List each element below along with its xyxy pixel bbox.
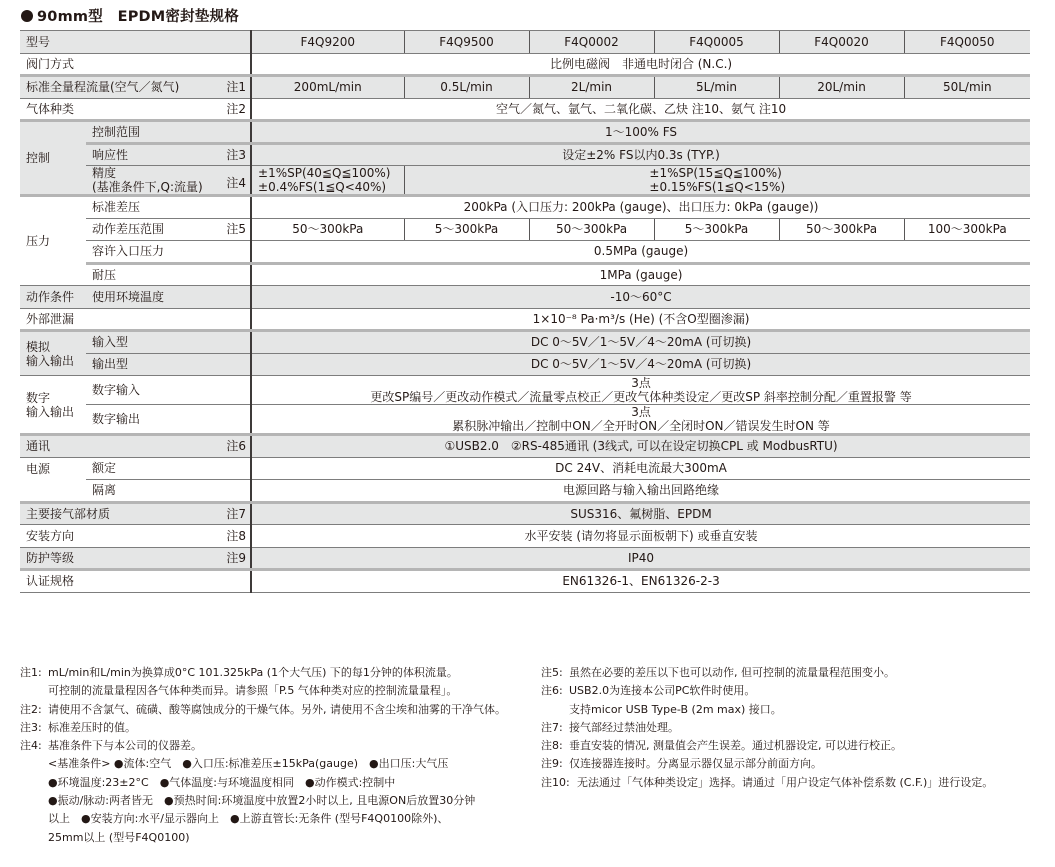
- note-10: 注10:无法通过「气体种类设定」选择。请通过「用户设定气体补偿系数 (C.F.)…: [541, 774, 1051, 792]
- value-valve: 比例电磁阀 非通电时闭合 (N.C.): [251, 53, 1030, 76]
- accuracy-line: ±0.15%FS(1≦Q<15%): [649, 180, 785, 194]
- value-leak: 1×10⁻⁸ Pa·m³/s (He) (不含O型圈渗漏): [251, 308, 1030, 331]
- value-digital-input: 3点 更改SP编号／更改动作模式／流量零点校正／更改气体种类设定／更改SP 斜率…: [251, 376, 1030, 405]
- bullet-icon: [21, 10, 33, 22]
- label-power-rated: 额定: [86, 457, 251, 480]
- label-mounting: 安装方向: [20, 525, 224, 548]
- value-material: SUS316、氟树脂、EPDM: [251, 502, 1030, 525]
- label-valve: 阀门方式: [20, 53, 251, 76]
- accuracy-rest: ±1%SP(15≦Q≦100%) ±0.15%FS(1≦Q<15%): [404, 166, 1030, 196]
- value-power-rated: DC 24V、消耗电流最大300mA: [251, 457, 1030, 480]
- note-tag: 注2:: [20, 701, 48, 719]
- notes-left: 注1:mL/min和L/min为换算成0°C 101.325kPa (1个大气压…: [20, 664, 530, 847]
- row-operating-pressure: 动作差压范围 注5 50～300kPa 5～300kPa 50～300kPa 5…: [20, 218, 1030, 241]
- note-ref: 注5: [224, 218, 251, 241]
- note-7: 注7:接气部经过禁油处理。: [541, 719, 1051, 737]
- note-ref: 注6: [224, 435, 251, 458]
- note-ref: 注1: [224, 76, 251, 99]
- accuracy-label: 精度: [92, 166, 218, 180]
- row-model: 型号 F4Q9200 F4Q9500 F4Q0002 F4Q0005 F4Q00…: [20, 31, 1030, 54]
- group-line: 输入输出: [26, 354, 80, 368]
- value-gas: 空气／氮气、氩气、二氧化碳、乙炔 注10、氨气 注10: [251, 98, 1030, 121]
- group-analog: 模拟 输入输出: [20, 331, 86, 376]
- note-tag: 注8:: [541, 737, 569, 755]
- note-text: 请使用不含氯气、硫磺、酸等腐蚀成分的干燥气体。另外, 请使用不含尘埃和油雾的干净…: [48, 701, 530, 719]
- model-cell: F4Q0005: [654, 31, 779, 54]
- pressure-cell: 50～300kPa: [779, 218, 904, 241]
- note-text: 25mm以上 (型号F4Q0100): [20, 829, 530, 847]
- pressure-cell: 5～300kPa: [404, 218, 529, 241]
- row-gas: 气体种类 注2 空气／氮气、氩气、二氧化碳、乙炔 注10、氨气 注10: [20, 98, 1030, 121]
- note-text: ●环境温度:23±2°C ●气体温度:与环境温度相同 ●动作模式:控制中: [20, 774, 530, 792]
- label-certification: 认证规格: [20, 570, 251, 593]
- label-analog-input: 输入型: [86, 331, 251, 354]
- label-operating-pressure: 动作差压范围: [86, 218, 224, 241]
- model-cell: F4Q9500: [404, 31, 529, 54]
- note-text: USB2.0为连接本公司PC软件时使用。: [569, 682, 1051, 700]
- spec-table: 型号 F4Q9200 F4Q9500 F4Q0002 F4Q0005 F4Q00…: [20, 30, 1030, 593]
- row-proof-pressure: 耐压 1MPa (gauge): [20, 263, 1030, 286]
- label-temperature: 使用环境温度: [86, 286, 251, 309]
- pressure-cell: 5～300kPa: [654, 218, 779, 241]
- group-control: 控制: [20, 121, 86, 196]
- note-8: 注8:垂直安装的情况, 测量值会产生误差。通过机器设定, 可以进行校正。: [541, 737, 1051, 755]
- note-2: 注2:请使用不含氯气、硫磺、酸等腐蚀成分的干燥气体。另外, 请使用不含尘埃和油雾…: [20, 701, 530, 719]
- label-leak: 外部泄漏: [20, 308, 251, 331]
- accuracy-rest-block: ±1%SP(15≦Q≦100%) ±0.15%FS(1≦Q<15%): [649, 166, 785, 194]
- label-proof-pressure: 耐压: [86, 263, 251, 286]
- note-9: 注9:仅连接器连接时。分离显示器仅显示部分前面方向。: [541, 755, 1051, 773]
- note-tag: 注5:: [541, 664, 569, 682]
- row-accuracy: 精度 (基准条件下,Q:流量) 注4 ±1%SP(40≦Q≦100%) ±0.4…: [20, 166, 1030, 196]
- group-line: 模拟: [26, 340, 80, 354]
- row-leak: 外部泄漏 1×10⁻⁸ Pa·m³/s (He) (不含O型圈渗漏): [20, 308, 1030, 331]
- row-material: 主要接气部材质 注7 SUS316、氟树脂、EPDM: [20, 502, 1030, 525]
- model-cell: F4Q0020: [779, 31, 904, 54]
- note-ref: 注8: [224, 525, 251, 548]
- pressure-cell: 50～300kPa: [529, 218, 654, 241]
- note-tag: 注9:: [541, 755, 569, 773]
- note-text: 接气部经过禁油处理。: [569, 719, 1051, 737]
- note-text: 虽然在必要的差压以下也可以动作, 但可控制的流量量程范围变小。: [569, 664, 1051, 682]
- model-cell: F4Q9200: [251, 31, 404, 54]
- note-3: 注3:标准差压时的值。: [20, 719, 530, 737]
- model-cell: F4Q0050: [904, 31, 1030, 54]
- note-text: 仅连接器连接时。分离显示器仅显示部分前面方向。: [569, 755, 1051, 773]
- label-inlet-pressure: 容许入口压力: [86, 241, 251, 264]
- value-line: 更改SP编号／更改动作模式／流量零点校正／更改气体种类设定／更改SP 斜率控制分…: [258, 390, 1024, 404]
- value-line: 3点: [258, 405, 1024, 419]
- row-control-range: 控制 控制范围 1～100% FS: [20, 121, 1030, 144]
- note-ref: 注4: [224, 166, 251, 196]
- value-analog-output: DC 0～5V／1～5V／4～20mA (可切换): [251, 353, 1030, 376]
- group-line: 数字: [26, 391, 80, 405]
- note-text: 标准差压时的值。: [48, 719, 530, 737]
- group-power: 电源: [20, 457, 86, 502]
- row-protection: 防护等级 注9 IP40: [20, 547, 1030, 570]
- note-text: 无法通过「气体种类设定」选择。请通过「用户设定气体补偿系数 (C.F.)」进行设…: [577, 774, 1051, 792]
- note-text: <基准条件> ●流体:空气 ●入口压:标准差压±15kPa(gauge) ●出口…: [20, 755, 530, 773]
- note-ref: 注2: [224, 98, 251, 121]
- flow-cell: 5L/min: [654, 76, 779, 99]
- value-digital-output: 3点 累积脉冲输出／控制中ON／全开时ON／全闭时ON／错误发生时ON 等: [251, 405, 1030, 435]
- note-6: 注6:USB2.0为连接本公司PC软件时使用。: [541, 682, 1051, 700]
- row-flow: 标准全量程流量(空气／氮气) 注1 200mL/min 0.5L/min 2L/…: [20, 76, 1030, 99]
- accuracy-line: ±1%SP(15≦Q≦100%): [649, 166, 785, 180]
- label-comm: 通讯: [20, 435, 224, 458]
- label-power-isolation: 隔离: [86, 480, 251, 503]
- pressure-cell: 100～300kPa: [904, 218, 1030, 241]
- value-protection: IP40: [251, 547, 1030, 570]
- label-flow: 标准全量程流量(空气／氮气): [20, 76, 224, 99]
- row-inlet-pressure: 容许入口压力 0.5MPa (gauge): [20, 241, 1030, 264]
- note-1: 注1:mL/min和L/min为换算成0°C 101.325kPa (1个大气压…: [20, 664, 530, 682]
- accuracy-line: ±0.4%FS(1≦Q<40%): [258, 180, 398, 194]
- note-tag: 注10:: [541, 774, 577, 792]
- accuracy-sublabel: (基准条件下,Q:流量): [92, 180, 218, 194]
- row-analog-output: 输出型 DC 0～5V／1～5V／4～20mA (可切换): [20, 353, 1030, 376]
- group-pressure: 压力: [20, 196, 86, 286]
- note-tag: 注4:: [20, 737, 48, 755]
- flow-cell: 200mL/min: [251, 76, 404, 99]
- label-protection: 防护等级: [20, 547, 224, 570]
- value-line: 3点: [258, 376, 1024, 390]
- value-comm: ①USB2.0 ②RS-485通讯 (3线式, 可以在设定切换CPL 或 Mod…: [251, 435, 1030, 458]
- label-response: 响应性: [86, 143, 224, 166]
- row-valve: 阀门方式 比例电磁阀 非通电时闭合 (N.C.): [20, 53, 1030, 76]
- row-analog-input: 模拟 输入输出 输入型 DC 0～5V／1～5V／4～20mA (可切换): [20, 331, 1030, 354]
- value-control-range: 1～100% FS: [251, 121, 1030, 144]
- flow-cell: 20L/min: [779, 76, 904, 99]
- label-analog-output: 输出型: [86, 353, 251, 376]
- note-5: 注5:虽然在必要的差压以下也可以动作, 但可控制的流量量程范围变小。: [541, 664, 1051, 682]
- value-proof-pressure: 1MPa (gauge): [251, 263, 1030, 286]
- pressure-cell: 50～300kPa: [251, 218, 404, 241]
- note-text: 垂直安装的情况, 测量值会产生误差。通过机器设定, 可以进行校正。: [569, 737, 1051, 755]
- row-response: 响应性 注3 设定±2% FS以内0.3s (TYP.): [20, 143, 1030, 166]
- note-ref: 注9: [224, 547, 251, 570]
- value-mounting: 水平安装 (请勿将显示面板朝下) 或垂直安装: [251, 525, 1030, 548]
- label-material: 主要接气部材质: [20, 502, 224, 525]
- group-digital: 数字 输入输出: [20, 376, 86, 435]
- note-tag: 注7:: [541, 719, 569, 737]
- row-certification: 认证规格 EN61326-1、EN61326-2-3: [20, 570, 1030, 593]
- value-line: 累积脉冲输出／控制中ON／全开时ON／全闭时ON／错误发生时ON 等: [258, 419, 1024, 433]
- note-ref: 注7: [224, 502, 251, 525]
- note-tag: 注1:: [20, 664, 48, 682]
- model-cell: F4Q0002: [529, 31, 654, 54]
- group-operating-conditions: 动作条件: [20, 286, 86, 309]
- page-title: 90mm型 EPDM密封垫规格: [21, 5, 239, 26]
- note-tag: 注3:: [20, 719, 48, 737]
- value-standard-pressure: 200kPa (入口压力: 200kPa (gauge)、出口压力: 0kPa …: [251, 196, 1030, 219]
- group-line: 输入输出: [26, 405, 80, 419]
- label-accuracy: 精度 (基准条件下,Q:流量): [86, 166, 224, 196]
- row-mounting: 安装方向 注8 水平安装 (请勿将显示面板朝下) 或垂直安装: [20, 525, 1030, 548]
- notes-right: 注5:虽然在必要的差压以下也可以动作, 但可控制的流量量程范围变小。 注6:US…: [541, 664, 1051, 792]
- value-inlet-pressure: 0.5MPa (gauge): [251, 241, 1030, 264]
- accuracy-line: ±1%SP(40≦Q≦100%): [258, 166, 398, 180]
- note-4: 注4:基准条件下与本公司的仪器差。: [20, 737, 530, 755]
- label-standard-pressure: 标准差压: [86, 196, 251, 219]
- label-model: 型号: [20, 31, 251, 54]
- row-power-isolation: 隔离 电源回路与输入输出回路绝缘: [20, 480, 1030, 503]
- flow-cell: 50L/min: [904, 76, 1030, 99]
- row-temperature: 动作条件 使用环境温度 -10～60°C: [20, 286, 1030, 309]
- value-analog-input: DC 0～5V／1～5V／4～20mA (可切换): [251, 331, 1030, 354]
- value-certification: EN61326-1、EN61326-2-3: [251, 570, 1030, 593]
- label-digital-input: 数字输入: [86, 376, 251, 405]
- title-text: 90mm型 EPDM密封垫规格: [37, 9, 239, 25]
- note-text: mL/min和L/min为换算成0°C 101.325kPa (1个大气压) 下…: [48, 664, 530, 682]
- row-power-rated: 电源 额定 DC 24V、消耗电流最大300mA: [20, 457, 1030, 480]
- value-temperature: -10～60°C: [251, 286, 1030, 309]
- label-digital-output: 数字输出: [86, 405, 251, 435]
- label-control-range: 控制范围: [86, 121, 251, 144]
- note-text: ●振动/脉动:两者皆无 ●预热时间:环境温度中放置2小时以上, 且电源ON后放置…: [20, 792, 530, 810]
- note-text: 以上 ●安装方向:水平/显示器向上 ●上游直管长:无条件 (型号F4Q0100除…: [20, 810, 530, 828]
- note-text: 可控制的流量量程因各气体种类而异。请参照「P.5 气体种类对应的控制流量量程」。: [20, 682, 530, 700]
- row-comm: 通讯 注6 ①USB2.0 ②RS-485通讯 (3线式, 可以在设定切换CPL…: [20, 435, 1030, 458]
- row-digital-output: 数字输出 3点 累积脉冲输出／控制中ON／全开时ON／全闭时ON／错误发生时ON…: [20, 405, 1030, 435]
- accuracy-first: ±1%SP(40≦Q≦100%) ±0.4%FS(1≦Q<40%): [251, 166, 404, 196]
- note-ref: 注3: [224, 143, 251, 166]
- value-response: 设定±2% FS以内0.3s (TYP.): [251, 143, 1030, 166]
- value-power-isolation: 电源回路与输入输出回路绝缘: [251, 480, 1030, 503]
- row-standard-pressure: 压力 标准差压 200kPa (入口压力: 200kPa (gauge)、出口压…: [20, 196, 1030, 219]
- note-text: 基准条件下与本公司的仪器差。: [48, 737, 530, 755]
- note-text: 支持micor USB Type-B (2m max) 接口。: [541, 701, 1051, 719]
- label-gas: 气体种类: [20, 98, 224, 121]
- flow-cell: 2L/min: [529, 76, 654, 99]
- note-tag: 注6:: [541, 682, 569, 700]
- flow-cell: 0.5L/min: [404, 76, 529, 99]
- row-digital-input: 数字 输入输出 数字输入 3点 更改SP编号／更改动作模式／流量零点校正／更改气…: [20, 376, 1030, 405]
